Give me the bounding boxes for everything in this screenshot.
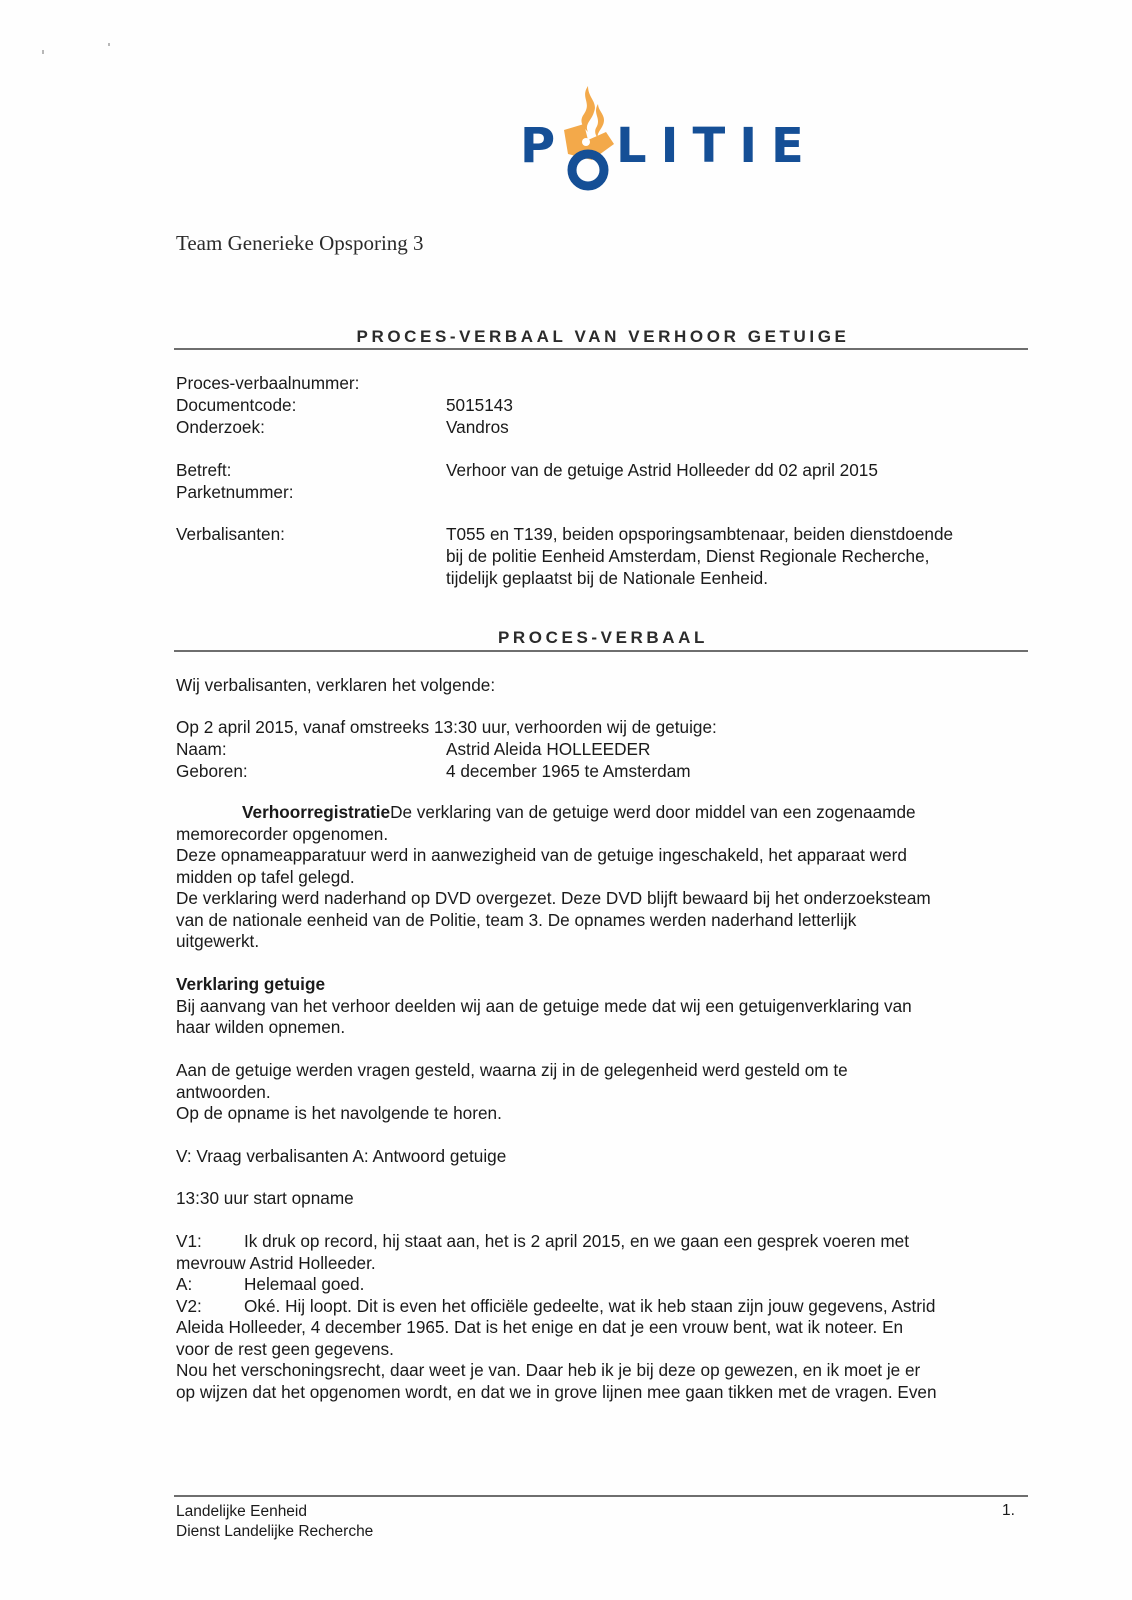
meta-value: Vandros	[446, 416, 509, 438]
hearing-text: Op 2 april 2015, vanaf omstreeks 13:30 u…	[176, 716, 717, 738]
transcript-entry: A:Helemaal goed.	[176, 1274, 1036, 1296]
start-text: 13:30 uur start opname	[176, 1188, 1036, 1210]
transcript-entry: V2:Oké. Hij loopt. Dit is even het offic…	[176, 1296, 1036, 1318]
page-number: 1.	[1002, 1502, 1015, 1520]
utterance: Oké. Hij loopt. Dit is even het officiël…	[244, 1296, 935, 1316]
footer-department: Dienst Landelijke Recherche	[176, 1522, 373, 1542]
utterance: Ik druk op record, hij staat aan, het is…	[244, 1231, 909, 1251]
speaker-label: V1:	[176, 1231, 244, 1253]
politie-emblem-icon	[558, 84, 618, 196]
registration-paragraph: VerhoorregistratieDe verklaring van de g…	[176, 802, 1036, 953]
witness-value: Astrid Aleida HOLLEEDER	[446, 738, 650, 760]
registration-line: uitgewerkt.	[176, 931, 1036, 953]
meta-label: Verbalisanten:	[176, 523, 285, 545]
utterance-cont: op wijzen dat het opgenomen wordt, en da…	[176, 1382, 1036, 1404]
politie-logo: P LITIE	[520, 88, 820, 198]
meta-value: Verhoor van de getuige Astrid Holleeder …	[446, 459, 878, 481]
legend-line: V: Vraag verbalisanten A: Antwoord getui…	[176, 1146, 1036, 1168]
registration-line: De verklaring werd naderhand op DVD over…	[176, 888, 1036, 910]
start-line: 13:30 uur start opname	[176, 1188, 1036, 1210]
meta-label: Documentcode:	[176, 394, 296, 416]
title-rule	[174, 348, 1028, 350]
witness-label: Naam:	[176, 738, 227, 760]
transcript: V1:Ik druk op record, hij staat aan, het…	[176, 1231, 1036, 1403]
section-title: PROCES-VERBAAL	[176, 628, 1030, 648]
transcript-entry: V1:Ik druk op record, hij staat aan, het…	[176, 1231, 1036, 1253]
registration-line: memorecorder opgenomen.	[176, 824, 1036, 846]
questions-line: antwoorden.	[176, 1082, 1036, 1104]
registration-line: midden op tafel gelegd.	[176, 867, 1036, 889]
utterance-cont: Aleida Holleeder, 4 december 1965. Dat i…	[176, 1317, 1036, 1339]
speaker-label: A:	[176, 1274, 244, 1296]
meta-value: 5015143	[446, 394, 513, 416]
witness-value: 4 december 1965 te Amsterdam	[446, 760, 691, 782]
questions-line: Op de opname is het navolgende te horen.	[176, 1103, 1036, 1125]
legend-text: V: Vraag verbalisanten A: Antwoord getui…	[176, 1146, 1036, 1168]
logo-letters-litie: LITIE	[616, 118, 818, 174]
meta-label: Proces-verbaalnummer:	[176, 372, 359, 394]
statement-heading: Verklaring getuige	[176, 974, 1036, 996]
team-name: Team Generieke Opsporing 3	[176, 231, 424, 256]
meta-value-line: bij de politie Eenheid Amsterdam, Dienst…	[446, 545, 929, 567]
scan-speck	[42, 50, 44, 54]
registration-line: De verklaring van de getuige werd door m…	[390, 802, 916, 822]
statement-line: Bij aanvang van het verhoor deelden wij …	[176, 996, 1036, 1018]
utterance-cont: Nou het verschoningsrecht, daar weet je …	[176, 1360, 1036, 1382]
statement-paragraph: Verklaring getuige Bij aanvang van het v…	[176, 974, 1036, 1039]
meta-value-line: tijdelijk geplaatst bij de Nationale Een…	[446, 567, 768, 589]
scan-speck	[108, 43, 110, 46]
intro-line: Wij verbalisanten, verklaren het volgend…	[176, 674, 495, 696]
utterance: Helemaal goed.	[244, 1274, 364, 1294]
section-rule	[174, 650, 1028, 652]
footer-unit: Landelijke Eenheid	[176, 1502, 373, 1522]
utterance-cont: voor de rest geen gegevens.	[176, 1339, 1036, 1361]
document-page: P LITIE Team Generieke Opsporing 3 PROCE…	[0, 0, 1132, 1600]
meta-label: Parketnummer:	[176, 481, 293, 503]
registration-line: van de nationale eenheid van de Politie,…	[176, 910, 1036, 932]
questions-paragraph: Aan de getuige werden vragen gesteld, wa…	[176, 1060, 1036, 1125]
meta-label: Onderzoek:	[176, 416, 265, 438]
registration-line: Deze opnameapparatuur werd in aanwezighe…	[176, 845, 1036, 867]
meta-value-line: T055 en T139, beiden opsporingsambtenaar…	[446, 523, 953, 545]
questions-line: Aan de getuige werden vragen gesteld, wa…	[176, 1060, 1036, 1082]
footer-rule	[174, 1495, 1028, 1497]
footer: Landelijke Eenheid Dienst Landelijke Rec…	[176, 1502, 373, 1542]
meta-label: Betreft:	[176, 459, 231, 481]
utterance-cont: mevrouw Astrid Holleeder.	[176, 1253, 1036, 1275]
speaker-label: V2:	[176, 1296, 244, 1318]
registration-heading: Verhoorregistratie	[242, 802, 390, 822]
statement-line: haar wilden opnemen.	[176, 1017, 1036, 1039]
document-title: PROCES-VERBAAL VAN VERHOOR GETUIGE	[176, 327, 1030, 347]
witness-label: Geboren:	[176, 760, 248, 782]
